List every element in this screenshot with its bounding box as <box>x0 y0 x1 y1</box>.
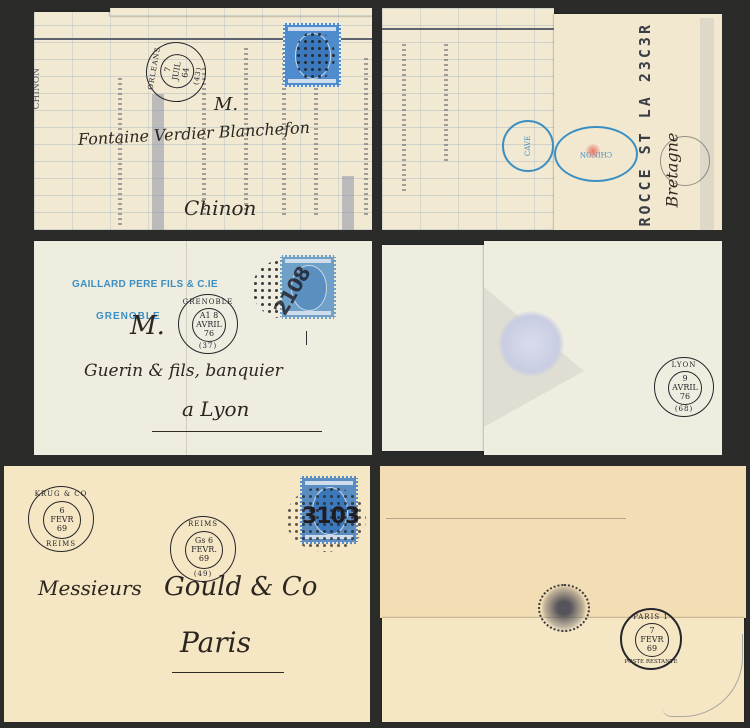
ledger-print <box>118 78 122 228</box>
address-line-3: a Lyon <box>182 397 249 421</box>
grey-band <box>700 18 714 230</box>
ledger-print <box>364 58 368 218</box>
cover-1-flap <box>110 8 372 16</box>
cover-1-back-sheet <box>382 8 554 230</box>
address-line-2: Gould & Co <box>164 572 317 602</box>
underline <box>152 431 322 432</box>
cover-1-front: CHINON ORLEANS 7 JUIL 64 (43) M. Fontain… <box>34 8 372 230</box>
cancel-number: 3103 <box>302 504 359 529</box>
firm-stamp-krug: KRUG & CO 6 FEVR 69 REIMS <box>28 486 94 552</box>
datestamp-lyon: LYON 9 AVRIL 76 (68) <box>654 357 714 417</box>
ledger-print <box>402 44 406 194</box>
ledger-rule <box>382 28 554 30</box>
side-label: CHINON <box>34 68 42 109</box>
ledger-print <box>444 44 448 164</box>
grey-band <box>152 94 164 230</box>
datestamp-grenoble: GRENOBLE A1 8 AVRIL 76 (37) <box>178 294 238 354</box>
address-line-3: Paris <box>180 626 251 659</box>
address-line-1: M. <box>130 311 165 341</box>
napoleon-stamp <box>283 23 341 87</box>
cover-3-back: PARIS 1 7 FEVR 69 POSTE RESTANTE <box>380 466 746 722</box>
address-line-3: Chinon <box>184 196 256 220</box>
address-line-1: M. <box>214 94 238 115</box>
address-line-2: Guerin & fils, banquier <box>84 361 283 381</box>
cover-2-front: GAILLARD PERE FILS & C.IE GRENOBLE GRENO… <box>34 239 372 455</box>
lozenge-cancel <box>295 31 335 81</box>
fold-line <box>386 518 626 519</box>
grey-band <box>342 176 354 230</box>
cover-1-back: CAVE CHINON ROCCE ST LA 23C3R Bretagne <box>382 8 722 230</box>
wax-seal <box>538 584 590 632</box>
cover-3-front: KRUG & CO 6 FEVR 69 REIMS REIMS Gs 6 FEV… <box>4 466 370 722</box>
cover-2-back-left <box>382 245 484 451</box>
stamp-border <box>305 481 353 485</box>
firm-handstamp: ROCCE ST LA 23C3R <box>636 22 654 227</box>
red-wax-mark <box>586 144 600 158</box>
firm-name: GAILLARD PERE FILS & C.IE <box>72 279 218 290</box>
signature: Bretagne <box>663 133 682 208</box>
oval-stamp-cave: CAVE <box>502 120 554 172</box>
underline <box>172 672 284 673</box>
blue-seal-mark <box>498 311 564 377</box>
arrow-mark <box>306 331 307 345</box>
cover-2-back: LYON 9 AVRIL 76 (68) <box>382 239 722 455</box>
address-line-1: Messieurs <box>38 576 142 600</box>
stamp-border <box>285 259 331 263</box>
